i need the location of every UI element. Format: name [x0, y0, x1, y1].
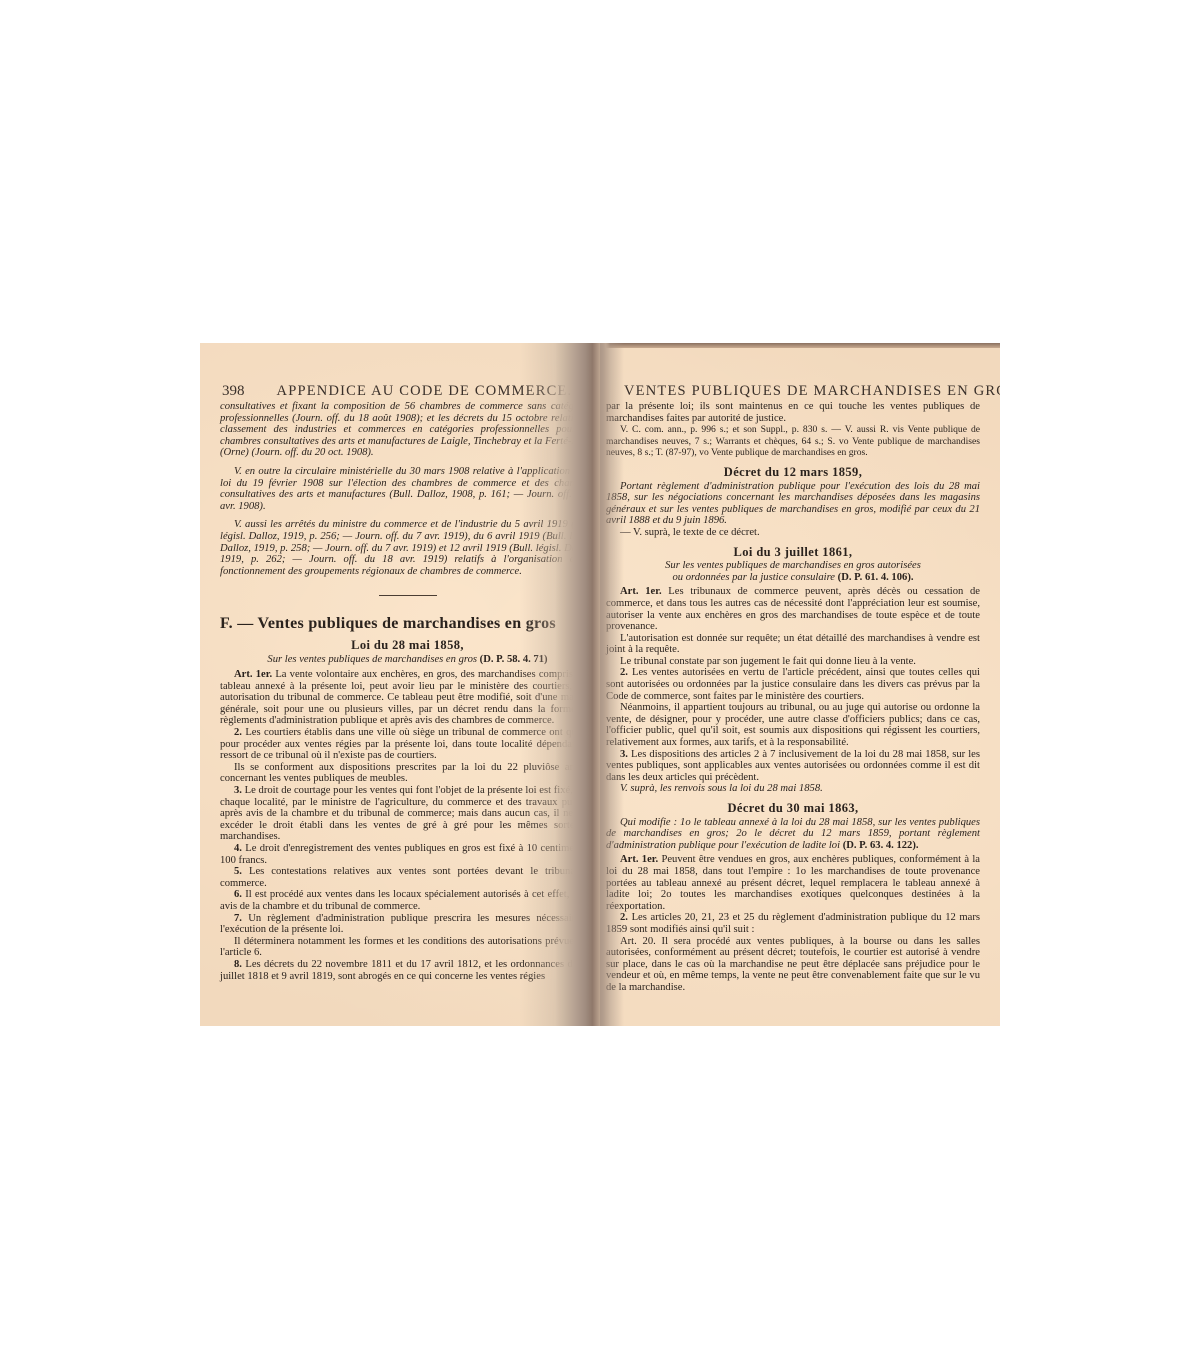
article: Le tribunal constate par son jugement le…: [606, 656, 980, 668]
citation-note: V. C. com. ann., p. 996 s.; et son Suppl…: [606, 424, 980, 459]
article-text: Art. 20. Il sera procédé aux ventes publ…: [606, 936, 980, 993]
article-number: 2.: [234, 727, 242, 738]
decret-1859-note: — V. suprà, le texte de ce décret.: [606, 527, 980, 539]
decret-1863-reference: (D. P. 63. 4. 122).: [843, 840, 919, 851]
loi-1861-subtitle-1: Sur les ventes publiques de marchandises…: [606, 560, 980, 572]
article: Néanmoins, il appartient toujours au tri…: [606, 702, 980, 748]
article-text: Peuvent être vendues en gros, aux enchèr…: [606, 854, 980, 911]
paragraph: par la présente loi; ils sont maintenus …: [606, 401, 980, 424]
decret-1863-description: Qui modifie : 1o le tableau annexé à la …: [606, 817, 980, 851]
right-page: VENTES PUBLIQUES DE MARCHANDISES EN GROS…: [600, 343, 1000, 1026]
article-number: Art. 1er.: [620, 854, 658, 865]
article: Art. 1er. Peuvent être vendues en gros, …: [606, 854, 980, 912]
article-text: Le tribunal constate par son jugement le…: [620, 656, 916, 667]
article-text: Néanmoins, il appartient toujours au tri…: [606, 702, 980, 748]
article: Art. 1er. Les tribunaux de commerce peuv…: [606, 586, 980, 632]
article: 2. Les articles 20, 21, 23 et 25 du règl…: [606, 912, 980, 935]
decret-1859-text: Portant règlement d'administration publi…: [606, 481, 980, 527]
loi-1861-title: Loi du 3 juillet 1861,: [606, 547, 980, 559]
article-number: Art. 1er.: [234, 669, 272, 680]
article: 2. Les ventes autorisées en vertu de l'a…: [606, 667, 980, 702]
article: 3. Les dispositions des articles 2 à 7 i…: [606, 749, 980, 784]
article-number: 4.: [234, 843, 242, 854]
right-page-body: par la présente loi; ils sont maintenus …: [606, 401, 980, 994]
article-number: 6.: [234, 889, 242, 900]
page-curve-shadow: [600, 343, 624, 1026]
decret-1863-title: Décret du 30 mai 1863,: [606, 803, 980, 815]
article-number: 3.: [234, 785, 242, 796]
loi-1861-subtitle: ou ordonnées par la justice consulaire (…: [606, 572, 980, 584]
law-subtitle-text: Sur les ventes publiques de marchandises…: [267, 654, 477, 665]
left-page-number: 398: [222, 383, 245, 399]
article-text: L'autorisation est donnée sur requête; u…: [606, 633, 980, 656]
article-number: 7.: [234, 913, 242, 924]
loi-1861-note: V. suprà, les renvois sous la loi du 28 …: [606, 783, 980, 795]
article-number: 8.: [234, 959, 242, 970]
decret-1863-text: Qui modifie : 1o le tableau annexé à la …: [606, 817, 980, 852]
section-divider: [379, 595, 437, 596]
article-text: Les dispositions des articles 2 à 7 incl…: [606, 749, 980, 783]
article: Art. 20. Il sera procédé aux ventes publ…: [606, 936, 980, 994]
right-running-title: VENTES PUBLIQUES DE MARCHANDISES EN GROS…: [624, 383, 1000, 399]
article-text: Les articles 20, 21, 23 et 25 du règleme…: [606, 912, 980, 935]
left-page: 398 APPENDICE AU CODE DE COMMERCE. consu…: [200, 343, 580, 1026]
article-text: Les tribunaux de commerce peuvent, après…: [606, 586, 980, 632]
right-running-head: VENTES PUBLIQUES DE MARCHANDISES EN GROS…: [624, 383, 1000, 400]
article-text: Les ventes autorisées en vertu de l'arti…: [606, 667, 980, 701]
article: L'autorisation est donnée sur requête; u…: [606, 633, 980, 656]
decret-1859-title: Décret du 12 mars 1859,: [606, 467, 980, 479]
article-number: 5.: [234, 866, 242, 877]
loi-1861-subtitle-2: ou ordonnées par la justice consulaire: [672, 572, 835, 583]
book-spread: 398 APPENDICE AU CODE DE COMMERCE. consu…: [200, 343, 1000, 1026]
article-number: Art. 1er.: [620, 586, 662, 597]
loi-1861-reference: (D. P. 61. 4. 106).: [838, 572, 914, 583]
